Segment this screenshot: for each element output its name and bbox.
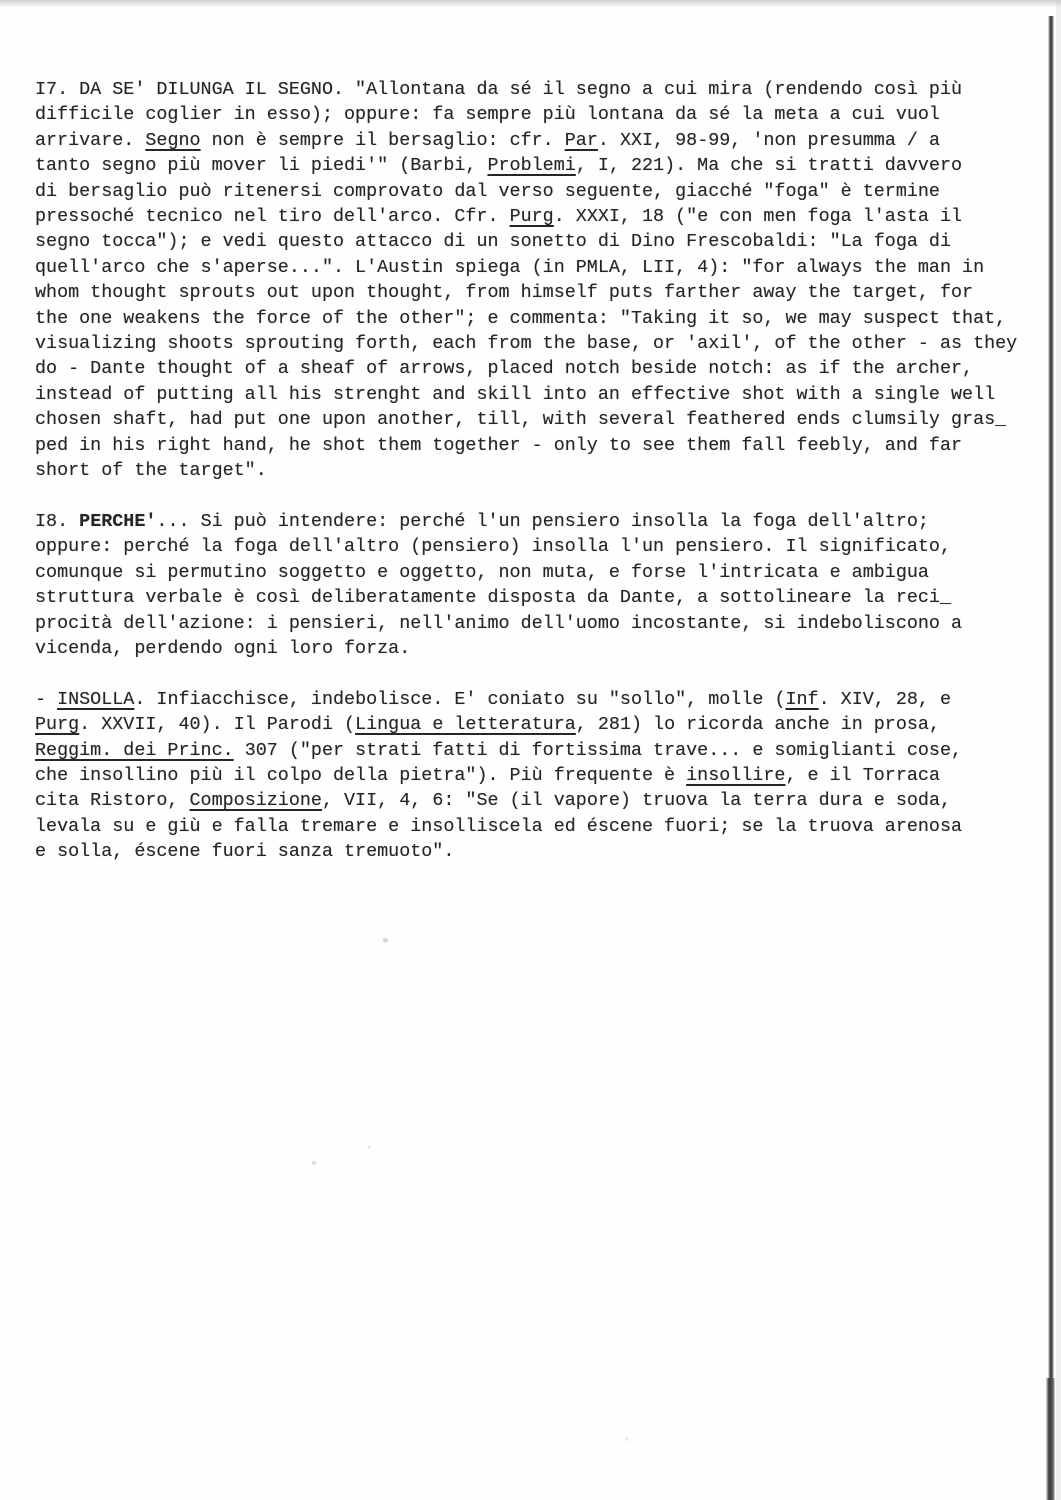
scan-edge-line-artifact (1048, 16, 1054, 1500)
scan-edge-line-bottom-artifact (1046, 1378, 1055, 1500)
text-segment: short of the target". (35, 460, 267, 481)
text-line: arrivare. Segno non è sempre il bersagli… (35, 128, 1035, 153)
underlined-text: Par (565, 130, 598, 151)
page-right-edge-shade (1056, 0, 1061, 1500)
note-paragraph-18: I8. PERCHE'... Si può intendere: perché … (35, 509, 1035, 661)
text-segment: levala su e giù e falla tremare e insoll… (35, 816, 962, 837)
text-segment: pressoché tecnico nel tiro dell'arco. Cf… (35, 206, 510, 227)
underlined-text: Lingua e letteratura (355, 714, 576, 735)
text-line: instead of putting all his strenght and … (35, 382, 1035, 407)
note-paragraph-insolla: - INSOLLA. Infiacchisce, indebolisce. E'… (35, 687, 1035, 865)
underlined-text: Segno (145, 130, 200, 151)
text-segment: segno tocca"); e vedi questo attacco di … (35, 231, 951, 252)
underlined-text: Problemi (487, 155, 575, 176)
text-line: Purg. XXVII, 40). Il Parodi (Lingua e le… (35, 712, 1035, 737)
text-segment: instead of putting all his strenght and … (35, 384, 995, 405)
text-line: - INSOLLA. Infiacchisce, indebolisce. E'… (35, 687, 1035, 712)
text-segment: ... Si può intendere: perché l'un pensie… (156, 511, 929, 532)
text-line: chosen shaft, had put one upon another, … (35, 407, 1035, 432)
text-line: cita Ristoro, Composizione, VII, 4, 6: "… (35, 788, 1035, 813)
text-line: procità dell'azione: i pensieri, nell'an… (35, 611, 1035, 636)
text-segment: . Infiacchisce, indebolisce. E' coniato … (134, 689, 785, 710)
text-line: Reggim. dei Princ. 307 ("per strati fatt… (35, 738, 1035, 763)
text-segment: I8. (35, 511, 79, 532)
text-segment: . XXXI, 18 ("e con men foga l'asta il (554, 206, 962, 227)
text-segment: the one weakens the force of the other";… (35, 308, 1006, 329)
text-line: vicenda, perdendo ogni loro forza. (35, 636, 1035, 661)
text-line: di bersaglio può ritenersi comprovato da… (35, 179, 1035, 204)
text-segment: . XXI, 98-99, 'non presumma / a (598, 130, 940, 151)
text-line: the one weakens the force of the other";… (35, 306, 1035, 331)
text-line: struttura verbale è così deliberatamente… (35, 585, 1035, 610)
text-line: quell'arco che s'aperse...". L'Austin sp… (35, 255, 1035, 280)
text-segment: non è sempre il bersaglio: cfr. (201, 130, 565, 151)
text-segment: do - Dante thought of a sheaf of arrows,… (35, 358, 973, 379)
text-line: I8. PERCHE'... Si può intendere: perché … (35, 509, 1035, 534)
text-line: levala su e giù e falla tremare e insoll… (35, 814, 1035, 839)
text-segment: , 281) lo ricorda anche in prosa, (576, 714, 940, 735)
text-segment: , e il Torraca (785, 765, 940, 786)
dust-speck (368, 1146, 371, 1149)
text-line: short of the target". (35, 458, 1035, 483)
document-page: I7. DA SE' DILUNGA IL SEGNO. "Allontana … (0, 0, 1061, 1500)
scan-top-edge-artifact (0, 0, 1061, 7)
text-segment: chosen shaft, had put one upon another, … (35, 409, 1006, 430)
text-line: do - Dante thought of a sheaf of arrows,… (35, 356, 1035, 381)
text-segment: - (35, 689, 57, 710)
text-segment: . XXVII, 40). Il Parodi ( (79, 714, 355, 735)
text-segment: tanto segno più mover li piedi'" (Barbi, (35, 155, 487, 176)
text-line: tanto segno più mover li piedi'" (Barbi,… (35, 153, 1035, 178)
bold-text: PERCHE' (79, 511, 156, 532)
text-segment: 307 ("per strati fatti di fortissima tra… (234, 740, 962, 761)
text-line: segno tocca"); e vedi questo attacco di … (35, 229, 1035, 254)
underlined-text: Inf (785, 689, 818, 710)
text-line: pressoché tecnico nel tiro dell'arco. Cf… (35, 204, 1035, 229)
underlined-text: Composizione (190, 790, 322, 811)
underlined-text: Reggim. dei Princ. (35, 740, 234, 761)
underlined-text: INSOLLA (57, 689, 134, 710)
text-line: e solla, éscene fuori sanza tremuoto". (35, 839, 1035, 864)
text-segment: whom thought sprouts out upon thought, f… (35, 282, 973, 303)
text-line: difficile coglier in esso); oppure: fa s… (35, 102, 1035, 127)
text-segment: vicenda, perdendo ogni loro forza. (35, 638, 410, 659)
text-segment: visualizing shoots sprouting forth, each… (35, 333, 1017, 354)
text-line: ped in his right hand, he shot them toge… (35, 433, 1035, 458)
text-line: visualizing shoots sprouting forth, each… (35, 331, 1035, 356)
text-line: I7. DA SE' DILUNGA IL SEGNO. "Allontana … (35, 77, 1035, 102)
text-segment: oppure: perché la foga dell'altro (pensi… (35, 536, 951, 557)
underlined-text: Purg (510, 206, 554, 227)
note-paragraph-17: I7. DA SE' DILUNGA IL SEGNO. "Allontana … (35, 77, 1035, 484)
text-segment: procità dell'azione: i pensieri, nell'an… (35, 613, 962, 634)
text-line: oppure: perché la foga dell'altro (pensi… (35, 534, 1035, 559)
dust-speck (312, 1161, 316, 1165)
text-segment: , I, 221). Ma che si tratti davvero (576, 155, 962, 176)
text-segment: cita Ristoro, (35, 790, 190, 811)
text-segment: difficile coglier in esso); oppure: fa s… (35, 104, 940, 125)
text-segment: arrivare. (35, 130, 145, 151)
text-segment: comunque si permutino soggetto e oggetto… (35, 562, 929, 583)
underlined-text: Purg (35, 714, 79, 735)
underlined-text: insollire (686, 765, 785, 786)
text-segment: . XIV, 28, e (819, 689, 951, 710)
typescript-text-block: I7. DA SE' DILUNGA IL SEGNO. "Allontana … (35, 77, 1035, 890)
text-segment: ped in his right hand, he shot them toge… (35, 435, 962, 456)
text-line: whom thought sprouts out upon thought, f… (35, 280, 1035, 305)
text-segment: di bersaglio può ritenersi comprovato da… (35, 181, 940, 202)
text-line: comunque si permutino soggetto e oggetto… (35, 560, 1035, 585)
text-segment: quell'arco che s'aperse...". L'Austin sp… (35, 257, 984, 278)
text-line: che insollino più il colpo della pietra"… (35, 763, 1035, 788)
text-segment: , VII, 4, 6: "Se (il vapore) truova la t… (322, 790, 951, 811)
text-segment: I7. DA SE' DILUNGA IL SEGNO. "Allontana … (35, 79, 962, 100)
text-segment: e solla, éscene fuori sanza tremuoto". (35, 841, 454, 862)
dust-speck (625, 1437, 629, 1441)
text-segment: che insollino più il colpo della pietra"… (35, 765, 686, 786)
dust-speck (383, 938, 388, 943)
text-segment: struttura verbale è così deliberatamente… (35, 587, 951, 608)
